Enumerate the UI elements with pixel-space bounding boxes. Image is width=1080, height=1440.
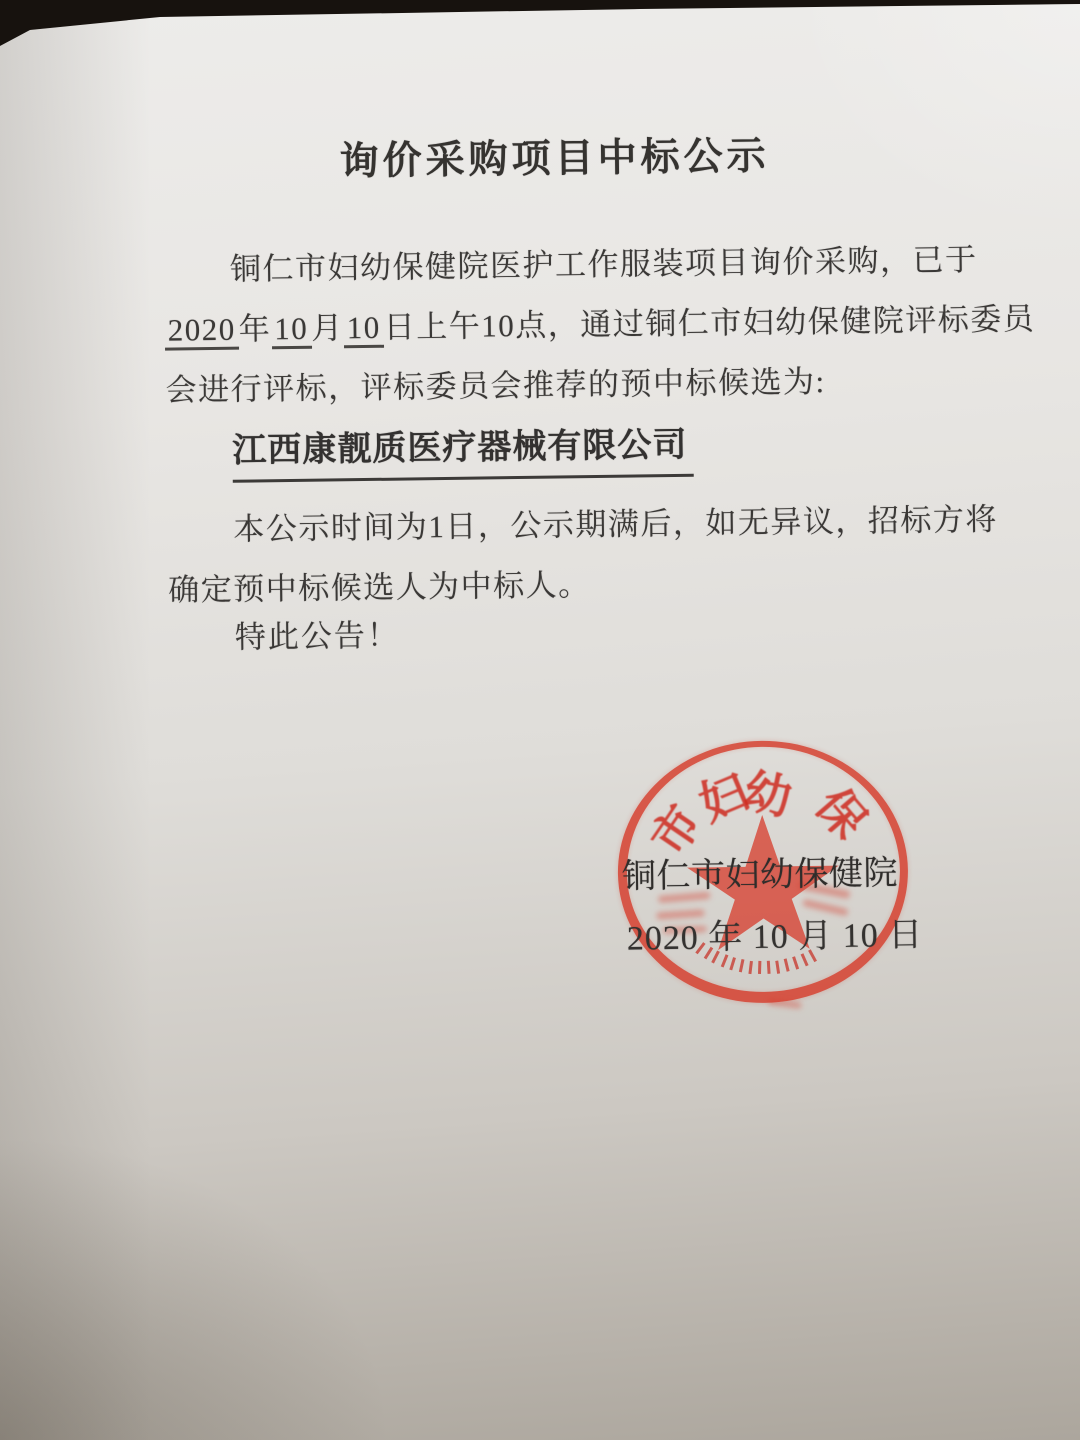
filled-blank: 10	[344, 310, 384, 349]
closing-line: 特此公告！	[235, 612, 401, 662]
paragraph-1: 铜仁市妇幼保健院医护工作服装项目询价采购，已于2020年10月10日上午10点，…	[164, 229, 1026, 420]
stamp-tick	[767, 961, 771, 974]
stamp-tick	[758, 961, 761, 974]
stamp-tick	[776, 960, 781, 973]
paragraph-2: 本公示时间为1日，公示期满后，如无异议，招标方将确定预中标候选人为中标人。	[167, 489, 1028, 620]
document-content: 询价采购项目中标公示 铜仁市妇幼保健院医护工作服装项目询价采购，已于2020年1…	[0, 0, 1080, 1440]
stamp-tick	[748, 961, 753, 974]
text-line: 确定预中标候选人为中标人。	[168, 549, 1029, 620]
issue-date: 2020 年 10 月 10 日	[627, 913, 924, 963]
filled-blank: 2020	[165, 312, 239, 351]
filled-blank: 10	[271, 311, 311, 350]
stamp-arc-text: 市妇幼保	[0, 0, 1080, 1440]
doc-title: 询价采购项目中标公示	[0, 121, 1077, 191]
photo-background: 询价采购项目中标公示 铜仁市妇幼保健院医护工作服装项目询价采购，已于2020年1…	[0, 0, 1080, 1440]
text-line: 本公示时间为1日，公示期满后，如无异议，招标方将	[167, 489, 1028, 560]
text-line: 会进行评标，评标委员会推荐的预中标候选为:	[165, 349, 1026, 420]
text-line: 铜仁市妇幼保健院医护工作服装项目询价采购，已于	[164, 229, 1025, 300]
text-line: 2020年10月10日上午10点，通过铜仁市妇幼保健院评标委员	[164, 289, 1025, 360]
issuer-name: 铜仁市妇幼保健院	[622, 851, 899, 901]
company-name: 江西康靓质医疗器械有限公司	[232, 422, 694, 483]
